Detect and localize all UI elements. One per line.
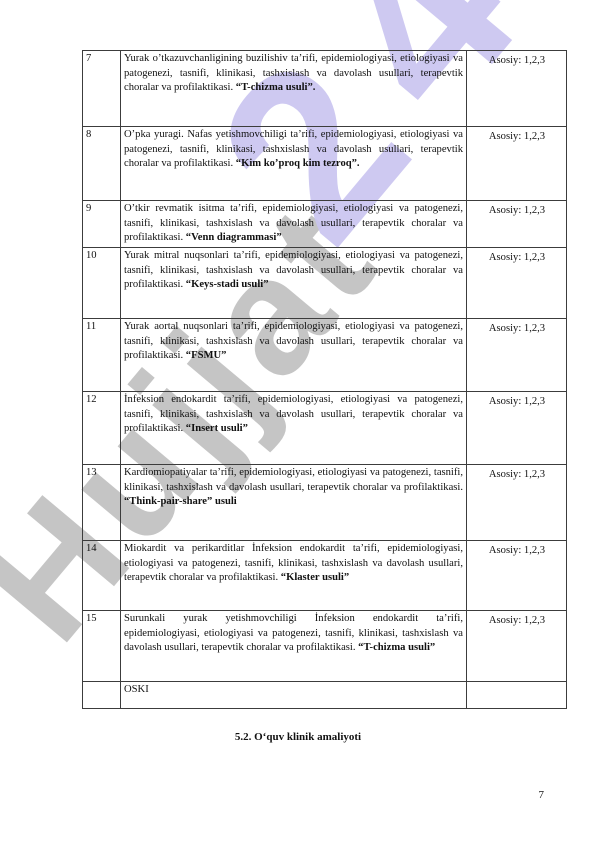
row-number-cell: 11 — [83, 319, 121, 392]
row-number-cell: 12 — [83, 392, 121, 465]
teaching-method-label: “T-chizma usuli” — [358, 642, 435, 653]
section-heading: 5.2. O‘quv klinik amaliyoti — [0, 731, 596, 743]
table-row: 13 Kardiomiopatiyalar ta’rifi, epidemiol… — [83, 465, 567, 541]
topic-cell: İnfeksion endokardit ta’rifi, epidemiolo… — [121, 392, 467, 465]
topic-cell: Yurak mitral nuqsonlari ta’rifi, epidemi… — [121, 248, 467, 319]
table-row: OSKI — [83, 682, 567, 709]
topic-text: İnfeksion endokardit ta’rifi, epidemiolo… — [124, 394, 463, 434]
row-number-cell: 8 — [83, 127, 121, 201]
row-number-cell: 7 — [83, 51, 121, 127]
document-page: Hujjat 24 7 Yurak o’tkazuvchanligining b… — [0, 0, 596, 842]
topic-text: OSKI — [124, 684, 149, 695]
row-number-cell: 15 — [83, 611, 121, 682]
teaching-method-label: “Insert usuli” — [186, 423, 248, 434]
literature-ref-cell: Asosiy: 1,2,3 — [467, 51, 567, 127]
table-row: 8 O’pka yuragi. Nafas yetishmovchiligi t… — [83, 127, 567, 201]
topic-cell: Surunkali yurak yetishmovchiligi İnfeksi… — [121, 611, 467, 682]
topic-cell: Miokardit va perikarditlar İnfeksion end… — [121, 541, 467, 611]
table-row: 12 İnfeksion endokardit ta’rifi, epidemi… — [83, 392, 567, 465]
literature-ref-cell: Asosiy: 1,2,3 — [467, 465, 567, 541]
table-row: 11 Yurak aortal nuqsonlari ta’rifi, epid… — [83, 319, 567, 392]
table-row: 9 O’tkir revmatik isitma ta’rifi, epidem… — [83, 201, 567, 248]
table-row: 15 Surunkali yurak yetishmovchiligi İnfe… — [83, 611, 567, 682]
teaching-method-label: “FSMU” — [186, 350, 227, 361]
topic-cell: OSKI — [121, 682, 467, 709]
topic-cell: Yurak o’tkazuvchanligining buzilishiv ta… — [121, 51, 467, 127]
table-row: 7 Yurak o’tkazuvchanligining buzilishiv … — [83, 51, 567, 127]
topic-text: O’tkir revmatik isitma ta’rifi, epidemio… — [124, 203, 463, 243]
row-number-cell: 9 — [83, 201, 121, 248]
row-number-cell: 13 — [83, 465, 121, 541]
teaching-method-label: “Venn diagrammasi” — [186, 232, 282, 243]
topic-cell: Yurak aortal nuqsonlari ta’rifi, epidemi… — [121, 319, 467, 392]
topic-text: Kardiomiopatiyalar ta’rifi, epidemiologi… — [124, 467, 463, 493]
literature-ref-cell: Asosiy: 1,2,3 — [467, 392, 567, 465]
literature-ref-cell: Asosiy: 1,2,3 — [467, 611, 567, 682]
teaching-method-label: “Think-pair-share” usuli — [124, 496, 237, 507]
row-number-cell: 14 — [83, 541, 121, 611]
topic-cell: O’tkir revmatik isitma ta’rifi, epidemio… — [121, 201, 467, 248]
literature-ref-cell: Asosiy: 1,2,3 — [467, 319, 567, 392]
teaching-method-label: “Klaster usuli” — [281, 572, 349, 583]
topic-cell: O’pka yuragi. Nafas yetishmovchiligi ta’… — [121, 127, 467, 201]
teaching-method-label: “Keys-stadi usuli” — [186, 279, 269, 290]
topic-cell: Kardiomiopatiyalar ta’rifi, epidemiologi… — [121, 465, 467, 541]
literature-ref-cell — [467, 682, 567, 709]
literature-ref-cell: Asosiy: 1,2,3 — [467, 248, 567, 319]
literature-ref-cell: Asosiy: 1,2,3 — [467, 127, 567, 201]
literature-ref-cell: Asosiy: 1,2,3 — [467, 541, 567, 611]
row-number-cell — [83, 682, 121, 709]
teaching-method-label: “Kim ko’proq kim tezroq”. — [236, 158, 360, 169]
table-row: 10 Yurak mitral nuqsonlari ta’rifi, epid… — [83, 248, 567, 319]
literature-ref-cell: Asosiy: 1,2,3 — [467, 201, 567, 248]
topic-text: Yurak mitral nuqsonlari ta’rifi, epidemi… — [124, 250, 463, 290]
row-number-cell: 10 — [83, 248, 121, 319]
table-row: 14 Miokardit va perikarditlar İnfeksion … — [83, 541, 567, 611]
topic-text: Yurak aortal nuqsonlari ta’rifi, epidemi… — [124, 321, 463, 361]
teaching-method-label: “T-chizma usuli”. — [236, 82, 316, 93]
topics-table: 7 Yurak o’tkazuvchanligining buzilishiv … — [82, 50, 567, 709]
page-number: 7 — [539, 789, 545, 801]
